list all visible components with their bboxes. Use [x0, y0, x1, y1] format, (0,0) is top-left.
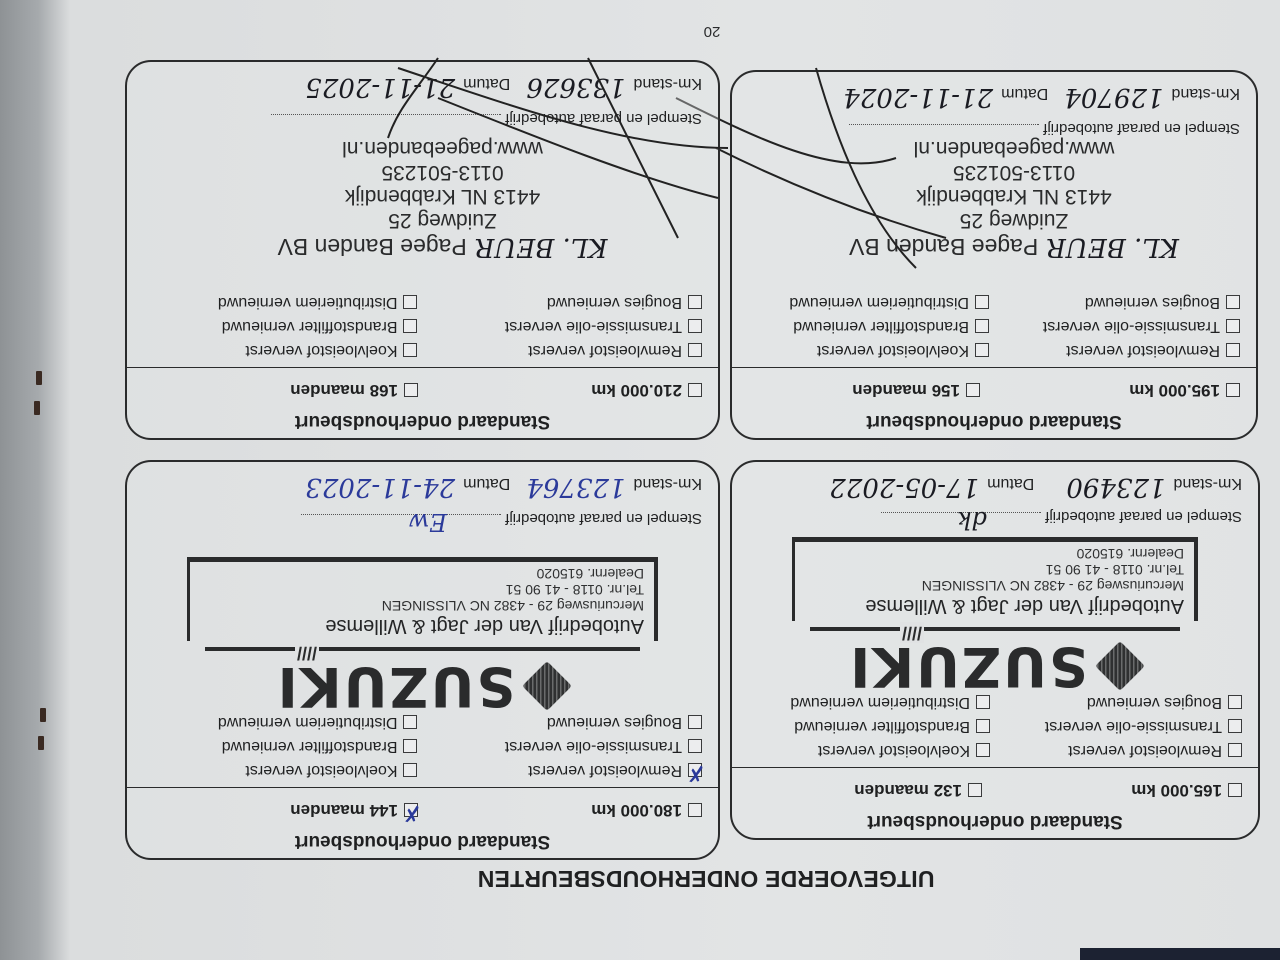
km-stand-value[interactable]: 133626 [526, 72, 625, 102]
service-card-180000: Standaard onderhoudsbeurt 180.000 km 144… [125, 460, 720, 860]
task-checkbox[interactable] [976, 743, 990, 757]
task-item: Transmissie-olie ververst [426, 737, 703, 755]
task-checkbox[interactable] [1226, 319, 1240, 333]
task-checkbox[interactable] [975, 319, 989, 333]
months-interval: 132 maanden [854, 780, 982, 800]
stamp-sign-row: Stempel en paraaf autobedrijf Ew [141, 508, 702, 536]
months-checkbox[interactable] [404, 383, 418, 397]
service-card-195000: Standaard onderhoudsbeurt 195.000 km 156… [730, 70, 1258, 440]
task-list: Remvloeistof ververstKoelvloeistof verve… [732, 293, 1256, 367]
dealer-stamp: KL. BEUR Pagee Banden BV Zuidweg 25 4413… [207, 136, 678, 262]
task-checkbox[interactable] [975, 343, 989, 357]
service-card-165000: Standaard onderhoudsbeurt 165.000 km 132… [730, 460, 1260, 840]
handwritten-note: KL. BEUR [475, 232, 608, 262]
stamp-frame: Autobedrijf Van der Jagt & Willemse Merc… [187, 557, 658, 641]
card-title: Standaard onderhoudsbeurt [127, 830, 718, 852]
months-interval: 144 maanden [290, 800, 418, 820]
card-title: Standaard onderhoudsbeurt [127, 410, 718, 432]
rotated-photo: UITGEVOERDE ONDERHOUDSBEURTEN Standaard … [0, 0, 1280, 960]
km-stand-value[interactable]: 129704 [1064, 82, 1163, 112]
km-stand-value[interactable]: 123764 [526, 472, 625, 502]
km-interval: 180.000 km [591, 800, 702, 820]
binding-staple [38, 736, 44, 750]
date-value[interactable]: 21-11-2025 [305, 72, 455, 102]
task-checkbox[interactable] [404, 319, 418, 333]
suzuki-s-icon [1095, 642, 1145, 692]
km-date-row: Km-stand 123490 Datum 17-05-2022 [746, 472, 1242, 502]
suzuki-s-icon [522, 662, 572, 712]
task-checkbox[interactable] [688, 715, 702, 729]
initials: Ew [409, 508, 447, 536]
service-card-210000: Standaard onderhoudsbeurt 210.000 km 168… [125, 60, 720, 440]
booklet-spine-shadow [0, 0, 70, 960]
km-date-row: Km-stand 133626 Datum 21-11-2025 [141, 72, 702, 102]
months-checkbox[interactable] [966, 383, 980, 397]
handwritten-note: KL. BEUR [1046, 232, 1179, 262]
binding-staple [36, 371, 42, 385]
task-checkbox[interactable] [688, 319, 702, 333]
task-checkbox[interactable] [1226, 295, 1240, 309]
page-number: 20 [692, 23, 732, 40]
stamp-sign-row: Stempel en paraaf autobedrijf [746, 120, 1240, 137]
km-date-row: Km-stand 123764 Datum 24-11-2023 [141, 472, 702, 502]
stamp-divider [205, 647, 640, 651]
task-checkbox[interactable] [404, 343, 418, 357]
dealer-stamp: KL. BEUR Pagee Banden BV Zuidweg 25 4413… [812, 136, 1216, 262]
date-value[interactable]: 21-11-2024 [843, 82, 993, 112]
task-checkbox[interactable] [1228, 695, 1242, 709]
date-value[interactable]: 24-11-2023 [305, 472, 455, 502]
km-date-row: Km-stand 129704 Datum 21-11-2024 [746, 82, 1240, 112]
task-checkbox[interactable] [404, 763, 418, 777]
task-item: Koelvloeistof ververst [746, 341, 989, 359]
km-interval: 165.000 km [1131, 780, 1242, 800]
task-checkbox[interactable] [688, 343, 702, 357]
km-stand-value[interactable]: 123490 [1066, 472, 1165, 502]
dealer-stamp: SUZUKI Autobedrijf Van der Jagt & Willem… [187, 557, 658, 690]
km-checkbox[interactable] [1228, 783, 1242, 797]
stamp-frame: Autobedrijf Van der Jagt & Willemse Merc… [792, 537, 1198, 621]
task-item: Bougies vernieuwd [997, 293, 1240, 311]
date-value[interactable]: 17-05-2022 [829, 472, 979, 502]
card-header: Standaard onderhoudsbeurt 210.000 km 168… [127, 367, 718, 438]
task-item: Brandstoffilter vernieuwd [746, 317, 989, 335]
task-item: Koelvloeistof ververst [746, 741, 990, 759]
months-interval: 168 maanden [290, 380, 418, 400]
months-checkbox[interactable] [404, 803, 418, 817]
km-checkbox[interactable] [688, 803, 702, 817]
task-list: Remvloeistof ververstKoelvloeistof verve… [127, 293, 718, 367]
km-interval: 195.000 km [1129, 380, 1240, 400]
card-header: Standaard onderhoudsbeurt 180.000 km 144… [127, 787, 718, 858]
task-list: Remvloeistof ververstKoelvloeistof verve… [127, 713, 718, 787]
dealer-stamp: SUZUKI Autobedrijf Van der Jagt & Willem… [792, 537, 1198, 670]
stamp-sign-row: Stempel en paraaf autobedrijf [141, 110, 702, 127]
task-item: Transmissie-olie ververst [426, 317, 703, 335]
task-list: Remvloeistof ververstKoelvloeistof verve… [732, 693, 1258, 767]
task-item: Remvloeistof ververst [998, 741, 1242, 759]
card-title: Standaard onderhoudsbeurt [732, 410, 1256, 432]
months-checkbox[interactable] [968, 783, 982, 797]
task-item: Brandstoffilter vernieuwd [141, 317, 418, 335]
page-title: UITGEVOERDE ONDERHOUDSBEURTEN [426, 865, 986, 892]
stamp-divider [810, 627, 1180, 631]
task-checkbox[interactable] [404, 739, 418, 753]
task-item: Brandstoffilter vernieuwd [141, 737, 418, 755]
initials: dk [957, 506, 987, 534]
task-item: Remvloeistof ververst [997, 341, 1240, 359]
months-interval: 156 maanden [852, 380, 980, 400]
task-checkbox[interactable] [688, 739, 702, 753]
task-item: Distributieriem vernieuwd [746, 293, 989, 311]
task-checkbox[interactable] [1226, 343, 1240, 357]
task-item: Koelvloeistof ververst [141, 761, 418, 779]
task-checkbox[interactable] [1228, 719, 1242, 733]
card-title: Standaard onderhoudsbeurt [732, 810, 1258, 832]
task-checkbox[interactable] [688, 295, 702, 309]
task-checkbox[interactable] [975, 295, 989, 309]
task-item: Transmissie-olie ververst [998, 717, 1242, 735]
binding-staple [34, 401, 40, 415]
task-item: Distributieriem vernieuwd [141, 293, 418, 311]
dark-edge-strip [1080, 948, 1280, 960]
task-checkbox[interactable] [1228, 743, 1242, 757]
task-item: Transmissie-olie ververst [997, 317, 1240, 335]
card-header: Standaard onderhoudsbeurt 165.000 km 132… [732, 767, 1258, 838]
booklet-page: UITGEVOERDE ONDERHOUDSBEURTEN Standaard … [0, 0, 1280, 960]
task-checkbox[interactable] [404, 295, 418, 309]
task-checkbox[interactable] [976, 719, 990, 733]
task-item: Remvloeistof ververst [426, 341, 703, 359]
task-item: Bougies vernieuwd [426, 293, 703, 311]
card-header: Standaard onderhoudsbeurt 195.000 km 156… [732, 367, 1256, 438]
task-checkbox[interactable] [688, 763, 702, 777]
binding-staple [40, 708, 46, 722]
stamp-sign-row: Stempel en paraaf autobedrijf dk [746, 506, 1242, 534]
km-checkbox[interactable] [1226, 383, 1240, 397]
task-item: Remvloeistof ververst [426, 761, 703, 779]
km-checkbox[interactable] [688, 383, 702, 397]
suzuki-logo: SUZUKI [792, 635, 1198, 698]
suzuki-logo: SUZUKI [187, 655, 658, 718]
km-interval: 210.000 km [591, 380, 702, 400]
task-item: Koelvloeistof ververst [141, 341, 418, 359]
task-item: Brandstoffilter vernieuwd [746, 717, 990, 735]
